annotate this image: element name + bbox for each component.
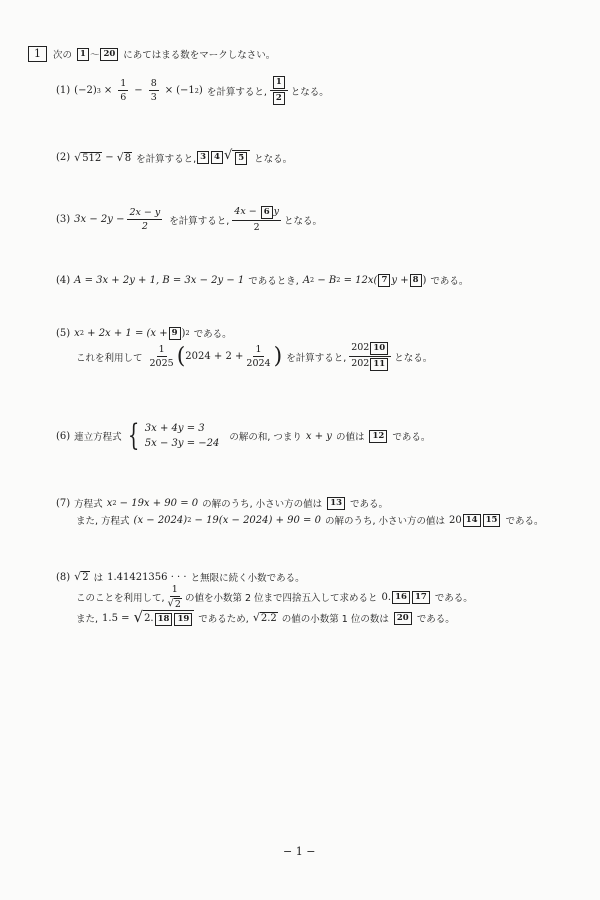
problem-4: (4) A = 3x + 2y + 1, B = 3x − 2y − 1 である… [56,273,468,287]
problem-label: (5) [56,328,70,339]
answer-box: 16 [392,591,410,604]
answer-box: 6 [261,206,273,219]
answer-box: 18 [155,613,173,626]
math-expr: 3x − 2y − [74,214,124,225]
math-expr: A = 3x + 2y + 1, B = 3x − 2y − 1 [74,275,244,286]
paren-close: ) [274,346,283,368]
problem-text: となる。 [254,151,292,165]
problem-label: (8) [56,572,70,583]
answer-box: 7 [378,274,390,287]
problem-text: 連立方程式 [74,429,122,443]
problem-label: (7) [56,498,70,509]
math-expr: x + y [306,431,332,442]
math-expr: y + [391,275,408,286]
answer-box: 13 [327,497,345,510]
problem-5-line-1: (5) x2 + 2x + 1 = (x + 9 )2 である。 [56,326,232,340]
page-number: − 1 − [283,845,315,858]
problem-label: (4) [56,275,70,286]
math-expr: (x − 2024) [134,515,188,526]
square-root: √512 [74,152,102,164]
range-separator: 〜 [90,47,100,61]
answer-box: 20 [100,48,118,61]
math-expr: − B [314,275,336,286]
problem-label: (2) [56,152,70,163]
math-expr: 20 [449,515,462,526]
answer-box: 12 [369,430,387,443]
problem-text: の解のうち, 小さい方の値は [202,496,322,510]
answer-box: 8 [410,274,422,287]
problem-8-line-3: また, 1.5 = √2.1819 であるため, √2.2 の値の小数第 1 位… [76,610,455,626]
square-root: √5 [224,150,250,165]
fraction: 1√2 [168,584,182,610]
answer-fraction: 1 2 [270,76,288,105]
answer-box: 15 [483,514,501,527]
problem-text: である。 [194,326,232,340]
math-expr: 1.5 = [102,613,129,624]
question-header: 1 次の 1 〜 20 にあてはまる数をマークしなさい。 [28,46,275,62]
problem-text: であるため, [198,611,249,625]
square-root: √8 [117,152,132,164]
problem-text: の値は [336,429,365,443]
problem-text: であるとき, [248,273,299,287]
problem-6: (6) 連立方程式 { 3x + 4y = 3 5x − 3y = −24 の解… [56,421,430,451]
math-expr: + 2x + 1 = (x + [84,328,168,339]
answer-box: 3 [197,151,209,164]
problem-5-line-2: これを利用して 12025 ( 2024 + 2 + 12024 ) を計算する… [76,342,432,371]
brace-icon: { [128,421,139,451]
problem-text: である。 [417,611,455,625]
answer-box: 1 [273,76,285,89]
problem-text: である。 [505,513,543,527]
problem-8-line-2: このことを利用して, 1√2 の値を小数第 2 位まで四捨五入して求めると 0.… [76,584,473,610]
math-expr: (−2) [74,85,97,96]
problem-text: また, 方程式 [76,513,130,527]
problem-text: である。 [430,273,468,287]
problem-text: また, [76,611,98,625]
math-expr: 0. [382,592,392,603]
math-expr: (−1 [176,85,195,96]
answer-box: 5 [235,152,247,165]
problem-text: となる。 [291,84,329,98]
answer-fraction: 20210 20211 [349,342,391,371]
equation: 3x + 4y = 3 [145,421,220,436]
answer-box: 2 [273,92,285,105]
math-expr: = 12x( [340,275,377,286]
equation: 5x − 3y = −24 [145,436,220,451]
answer-box: 1 [77,48,89,61]
problem-8-line-1: (8) √2 は 1.41421356 · · · と無限に続く小数である。 [56,570,305,584]
answer-box: 20 [394,612,412,625]
instruction-text: にあてはまる数をマークしなさい。 [123,47,275,61]
problem-text: である。 [350,496,388,510]
problem-text: となる。 [284,213,322,227]
math-expr: − 19x + 90 = 0 [116,498,198,509]
instruction-text: 次の [53,47,72,61]
square-root: √2.1819 [134,610,195,626]
problem-text: このことを利用して, [76,590,165,604]
problem-text: を計算すると, [286,350,346,364]
problem-text: である。 [435,590,473,604]
problem-text: の解のうち, 小さい方の値は [325,513,445,527]
fraction: 83 [149,78,159,103]
problem-text: の解の和, つまり [229,429,302,443]
answer-box: 19 [174,613,192,626]
problem-1: (1) (−2)3 × 16 − 83 × (−12) を計算すると, 1 2 … [56,76,329,105]
operator: − [134,85,142,96]
problem-label: (6) [56,431,70,442]
answer-box: 4 [211,151,223,164]
problem-7-line-2: また, 方程式 (x − 2024)2 − 19(x − 2024) + 90 … [76,513,543,527]
answer-box: 9 [169,327,181,340]
problem-text: は [94,570,104,584]
math-expr: − 19(x − 2024) + 90 = 0 [191,515,321,526]
question-number-box: 1 [28,46,47,62]
answer-box: 10 [370,342,388,355]
operator: − [105,152,113,163]
square-root: √2 [74,571,89,583]
fraction: 16 [118,78,128,103]
math-expr: ) [423,275,427,286]
problem-text: である。 [392,429,430,443]
operator: × [104,85,112,96]
answer-box: 17 [412,591,430,604]
fraction: 12024 [246,344,270,369]
math-expr: x [74,328,80,339]
paren-open: ( [177,346,186,368]
problem-label: (1) [56,85,70,96]
problem-text: の値を小数第 2 位まで四捨五入して求めると [185,590,378,604]
problem-text: を計算すると, [169,213,229,227]
problem-text: 方程式 [74,496,103,510]
problem-text: と無限に続く小数である。 [191,570,305,584]
answer-fraction: 4x − 6y 2 [232,206,281,233]
fraction: 2x − y2 [127,207,162,232]
problem-label: (3) [56,214,70,225]
operator: × [165,85,173,96]
math-expr: 2024 + 2 + [185,351,243,362]
square-root: √2.2 [253,612,278,624]
problem-7-line-1: (7) 方程式 x2 − 19x + 90 = 0 の解のうち, 小さい方の値は… [56,496,388,510]
answer-box: 14 [463,514,481,527]
math-expr: A [303,275,310,286]
answer-box: 11 [370,358,388,371]
fraction: 12025 [150,344,174,369]
math-expr: ) [199,85,203,96]
problem-text: を計算すると, [136,151,196,165]
problem-text: これを利用して [76,350,143,364]
problem-3: (3) 3x − 2y − 2x − y2 を計算すると, 4x − 6y 2 … [56,206,322,233]
problem-text: を計算すると, [207,84,267,98]
problem-text: となる。 [394,350,432,364]
problem-text: の値の小数第 1 位の数は [282,611,389,625]
problem-2: (2) √512 − √8 を計算すると, 34 √5 となる。 [56,150,292,165]
math-expr: 1.41421356 · · · [107,572,187,583]
equation-system: 3x + 4y = 3 5x − 3y = −24 [145,421,220,451]
